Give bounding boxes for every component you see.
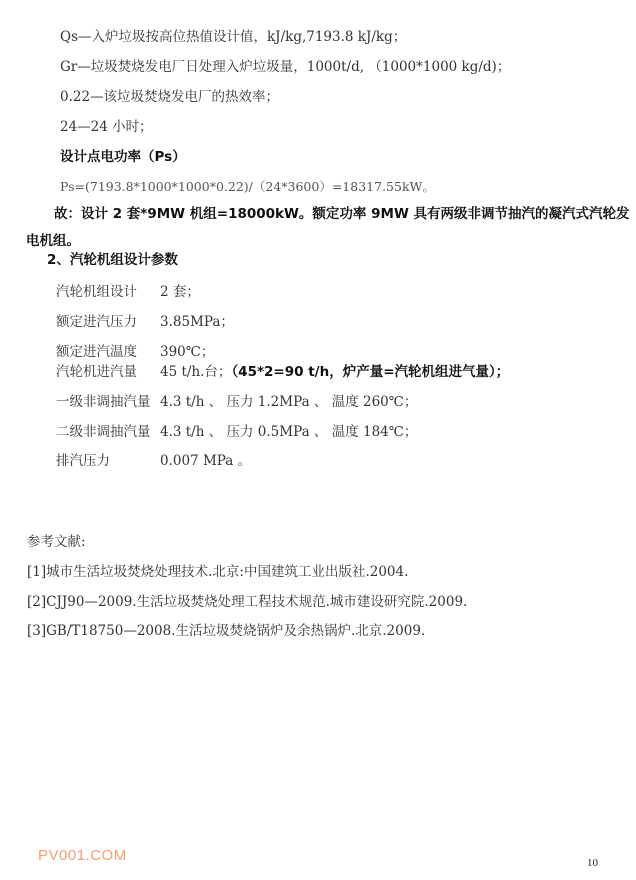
conclusion-line-2: 电机组。 [26, 232, 80, 250]
definition-gr: Gr—垃圾焚烧发电厂日处理入炉垃圾量，1000t/d, （1000*1000 k… [60, 58, 510, 76]
param-row: 汽轮机组设计2 套； [56, 283, 200, 301]
param-label: 排汽压力 [56, 452, 160, 470]
section2-heading: 2、汽轮机组设计参数 [47, 251, 178, 269]
param-value: 2 套； [160, 284, 200, 300]
param-value: 3.85MPa； [160, 314, 234, 330]
param-row: 额定进汽压力3.85MPa； [56, 313, 234, 331]
param-row: 二级非调抽汽量4.3 t/h 、 压力 0.5MPa 、 温度 184℃； [56, 423, 417, 441]
power-formula: Ps=(7193.8*1000*1000*0.22)/（24*3600）=183… [60, 178, 435, 196]
reference-item: [2]CJJ90—2009.生活垃圾焚烧处理工程技术规范.城市建设研究院.200… [27, 593, 467, 611]
definition-qs: Qs—入炉垃圾按高位热值设计值，kJ/kg,7193.8 kJ/kg； [60, 28, 406, 46]
definition-efficiency: 0.22—该垃圾焚烧发电厂的热效率； [60, 88, 279, 106]
reference-item: [3]GB/T18750—2008.生活垃圾焚烧锅炉及余热锅炉.北京.2009. [27, 622, 425, 640]
param-label: 汽轮机组设计 [56, 283, 160, 301]
page-number: 10 [587, 857, 598, 869]
param-extra: （45*2=90 t/h，炉产量=汽轮机组进气量）； [231, 364, 509, 380]
param-row: 一级非调抽汽量4.3 t/h 、 压力 1.2MPa 、 温度 260℃； [56, 393, 417, 411]
reference-item: [1]城市生活垃圾焚烧处理技术.北京:中国建筑工业出版社.2004. [27, 563, 408, 581]
param-label: 额定进汽压力 [56, 313, 160, 331]
references-heading: 参考文献: [27, 533, 86, 551]
param-label: 二级非调抽汽量 [56, 423, 160, 441]
param-value: 390℃； [160, 344, 214, 360]
power-heading: 设计点电功率（Ps） [60, 148, 186, 166]
param-value: 4.3 t/h 、 压力 0.5MPa 、 温度 184℃； [160, 424, 417, 440]
param-label: 额定进汽温度 [56, 343, 160, 361]
param-value: 45 t/h.台； [160, 364, 231, 380]
param-row: 汽轮机进汽量45 t/h.台；（45*2=90 t/h，炉产量=汽轮机组进气量）… [56, 363, 509, 381]
param-row: 额定进汽温度390℃； [56, 343, 214, 361]
param-label: 一级非调抽汽量 [56, 393, 160, 411]
definition-hours: 24—24 小时； [60, 118, 153, 136]
param-value: 0.007 MPa 。 [160, 453, 251, 469]
watermark-logo: PV001.COM [38, 847, 127, 864]
conclusion-line-1: 故：设计 2 套*9MW 机组=18000kW。额定功率 9MW 具有两级非调节… [54, 205, 630, 223]
param-row: 排汽压力0.007 MPa 。 [56, 452, 251, 470]
param-label: 汽轮机进汽量 [56, 363, 160, 381]
param-value: 4.3 t/h 、 压力 1.2MPa 、 温度 260℃； [160, 394, 417, 410]
